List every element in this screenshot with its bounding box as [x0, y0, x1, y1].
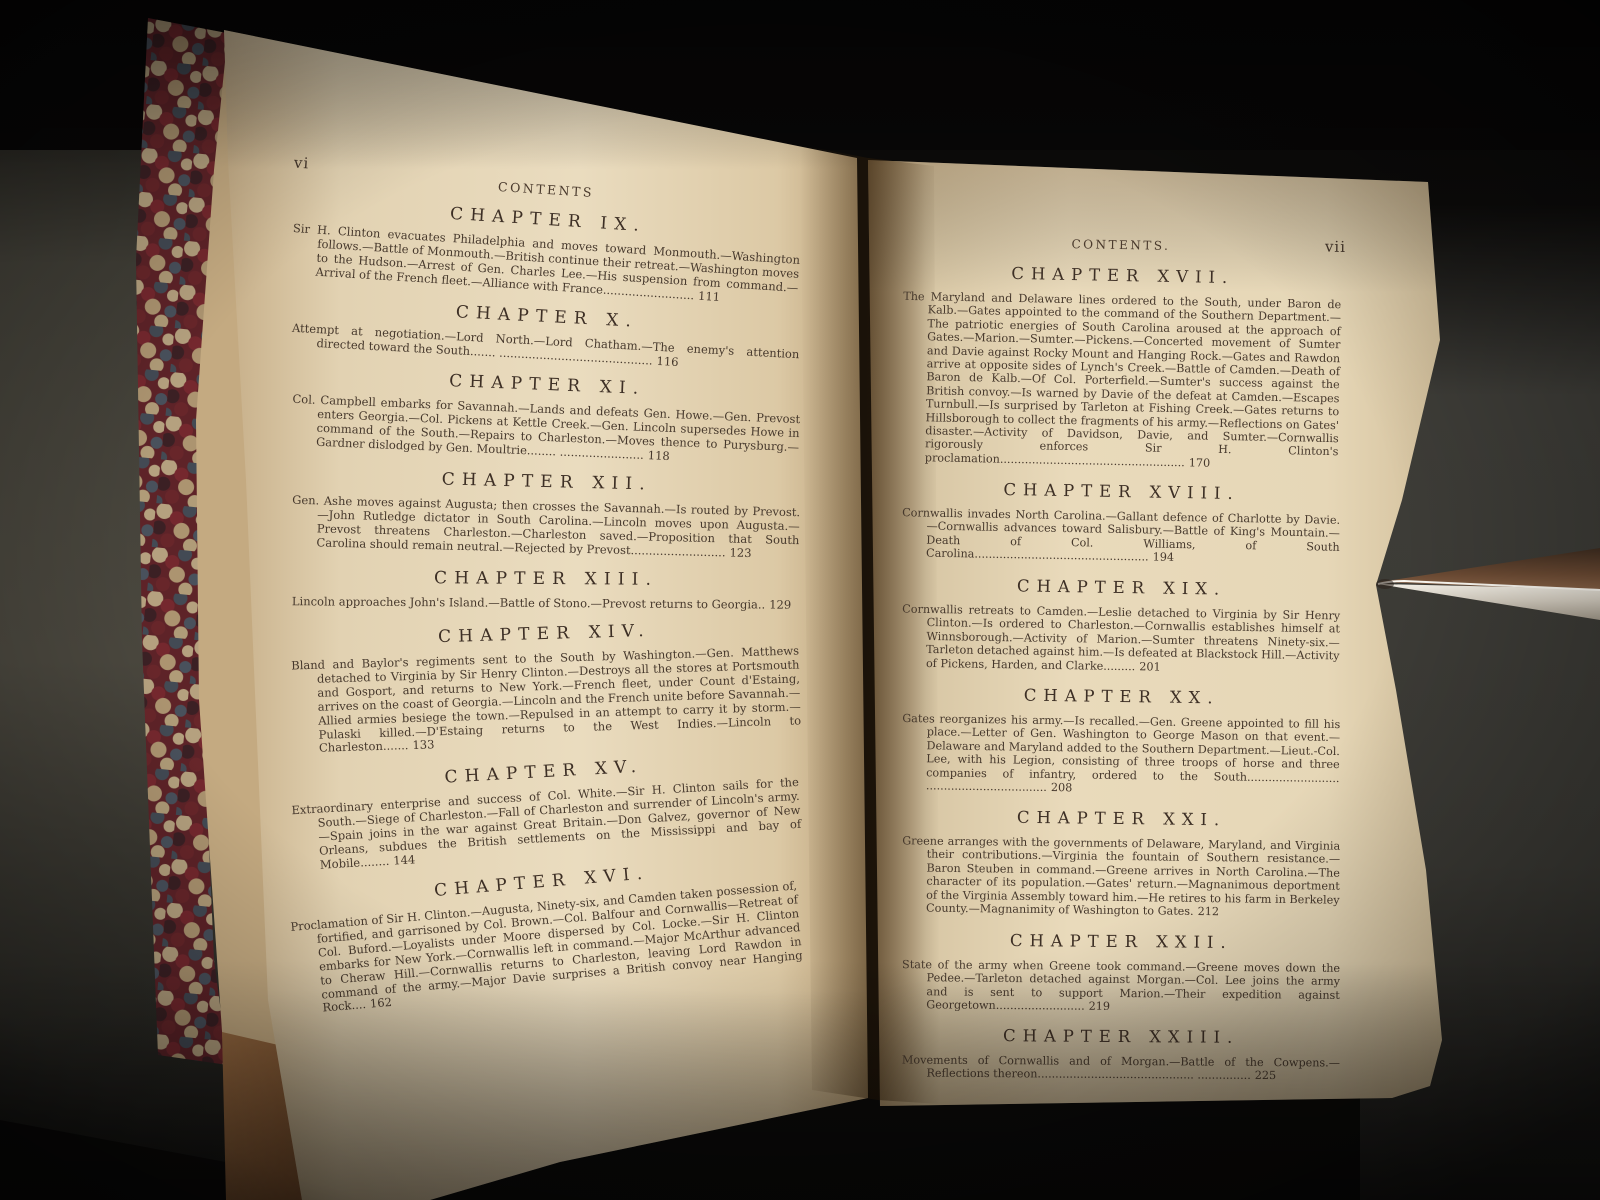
chapter-entry: CHAPTER XI. Col. Campbell embarks for Sa…	[291, 365, 802, 469]
chapter-entry: CHAPTER XVI. Proclamation of Sir H. Clin…	[288, 852, 805, 1019]
chapter-summary: Col. Campbell embarks for Savannah.—Land…	[291, 393, 801, 469]
chapter-page-number: 116	[652, 353, 679, 368]
chapter-page-number: 194	[1149, 551, 1175, 564]
chapter-summary: Cornwallis invades North Carolina.—Galla…	[901, 506, 1340, 567]
chapter-summary-text: Bland and Baylor's regiments sent to the…	[291, 643, 801, 755]
chapter-entry: CHAPTER XXII. State of the army when Gre…	[902, 930, 1341, 1015]
chapter-page-number: 123	[725, 545, 751, 560]
chapter-heading: CHAPTER XXIII.	[902, 1026, 1340, 1048]
right-page-text: CONTENTS. vii CHAPTER XVII. The Maryland…	[902, 238, 1340, 1089]
chapter-summary-text: The Maryland and Delaware lines ordered …	[903, 290, 1341, 469]
left-chapter-list: CHAPTER IX. Sir H. Clinton evacuates Phi…	[292, 210, 800, 998]
chapter-entry: CHAPTER X. Attempt at negotiation.—Lord …	[291, 293, 801, 375]
chapter-entry: CHAPTER XXIII. Movements of Cornwallis a…	[902, 1026, 1340, 1084]
chapter-summary: Cornwallis retreats to Camden.—Leslie de…	[901, 602, 1340, 676]
chapter-heading: CHAPTER XX.	[903, 684, 1341, 709]
chapter-summary: Movements of Cornwallis and of Morgan.—B…	[902, 1054, 1340, 1084]
chapter-summary: The Maryland and Delaware lines ordered …	[900, 290, 1341, 473]
open-book-photo: vi CONTENTS CHAPTER IX. Sir H. Clinton e…	[0, 0, 1600, 1200]
chapter-entry: CHAPTER XIV. Bland and Baylor's regiment…	[290, 616, 801, 756]
chapter-entry: CHAPTER IX. Sir H. Clinton evacuates Phi…	[290, 194, 802, 309]
chapter-heading: CHAPTER XII.	[293, 466, 801, 498]
right-page-header: CONTENTS. vii	[902, 234, 1340, 256]
chapter-page-number: 208	[1047, 781, 1073, 794]
chapter-summary-text: Col. Campbell embarks for Savannah.—Land…	[292, 392, 800, 462]
chapter-entry: CHAPTER XIX. Cornwallis retreats to Camd…	[901, 574, 1340, 676]
chapter-summary: Gen. Ashe moves against Augusta; then cr…	[291, 494, 800, 562]
chapter-page-number: 170	[1185, 456, 1211, 469]
chapter-summary-text: Cornwallis retreats to Camden.—Leslie de…	[902, 602, 1340, 672]
chapter-page-number: 212	[1194, 905, 1220, 918]
chapter-entry: CHAPTER XV. Extraordinary enterprise and…	[290, 748, 803, 874]
chapter-entry: CHAPTER XIII. Lincoln approaches John's …	[292, 567, 800, 612]
chapter-summary: Lincoln approaches John's Island.—Battle…	[292, 595, 800, 612]
chapter-summary-text: Cornwallis invades North Carolina.—Galla…	[902, 506, 1340, 564]
chapter-entry: CHAPTER XII. Gen. Ashe moves against Aug…	[291, 466, 801, 562]
chapter-heading: CHAPTER XIII.	[292, 567, 800, 591]
chapter-summary: Greene arranges with the governments of …	[901, 835, 1340, 921]
chapter-summary-text: Lincoln approaches John's Island.—Battle…	[292, 594, 765, 611]
chapter-page-number: 133	[408, 737, 434, 752]
left-page-text: vi CONTENTS CHAPTER IX. Sir H. Clinton e…	[292, 148, 800, 1005]
chapter-page-number: 219	[1085, 1000, 1110, 1013]
chapter-heading: CHAPTER XXI.	[902, 807, 1340, 831]
right-chapter-list: CHAPTER XVII. The Maryland and Delaware …	[902, 266, 1340, 1082]
chapter-entry: CHAPTER XX. Gates reorganizes his army.—…	[901, 684, 1340, 799]
right-running-head: CONTENTS.	[902, 234, 1340, 256]
chapter-heading: CHAPTER XVIII.	[902, 478, 1340, 505]
right-page-folio: vii	[1325, 238, 1346, 256]
chapter-page-number: 225	[1251, 1070, 1276, 1083]
chapter-page-number: 162	[365, 996, 392, 1012]
chapter-summary-text: Greene arranges with the governments of …	[902, 835, 1340, 919]
chapter-summary-text: State of the army when Greene took comma…	[902, 958, 1340, 1013]
chapter-entry: CHAPTER XVIII. Cornwallis invades North …	[901, 478, 1340, 567]
chapter-heading: CHAPTER XVII.	[904, 262, 1342, 289]
chapter-heading: CHAPTER XIX.	[902, 574, 1340, 600]
chapter-heading: CHAPTER XXII.	[902, 930, 1340, 953]
chapter-summary-text: Gen. Ashe moves against Augusta; then cr…	[292, 493, 800, 559]
chapter-page-number: 129	[765, 597, 791, 611]
chapter-summary: Gates reorganizes his army.—Is recalled.…	[901, 712, 1340, 799]
chapter-entry: CHAPTER XVII. The Maryland and Delaware …	[900, 262, 1342, 473]
chapter-summary-text: Gates reorganizes his army.—Is recalled.…	[902, 712, 1340, 794]
chapter-summary: State of the army when Greene took comma…	[902, 958, 1340, 1015]
chapter-page-number: 118	[644, 448, 670, 463]
chapter-entry: CHAPTER XXI. Greene arranges with the go…	[901, 807, 1340, 921]
chapter-page-number: 144	[389, 852, 416, 867]
chapter-page-number: 201	[1135, 660, 1161, 673]
chapter-page-number: 111	[694, 288, 721, 304]
chapter-summary: Bland and Baylor's regiments sent to the…	[291, 644, 802, 756]
